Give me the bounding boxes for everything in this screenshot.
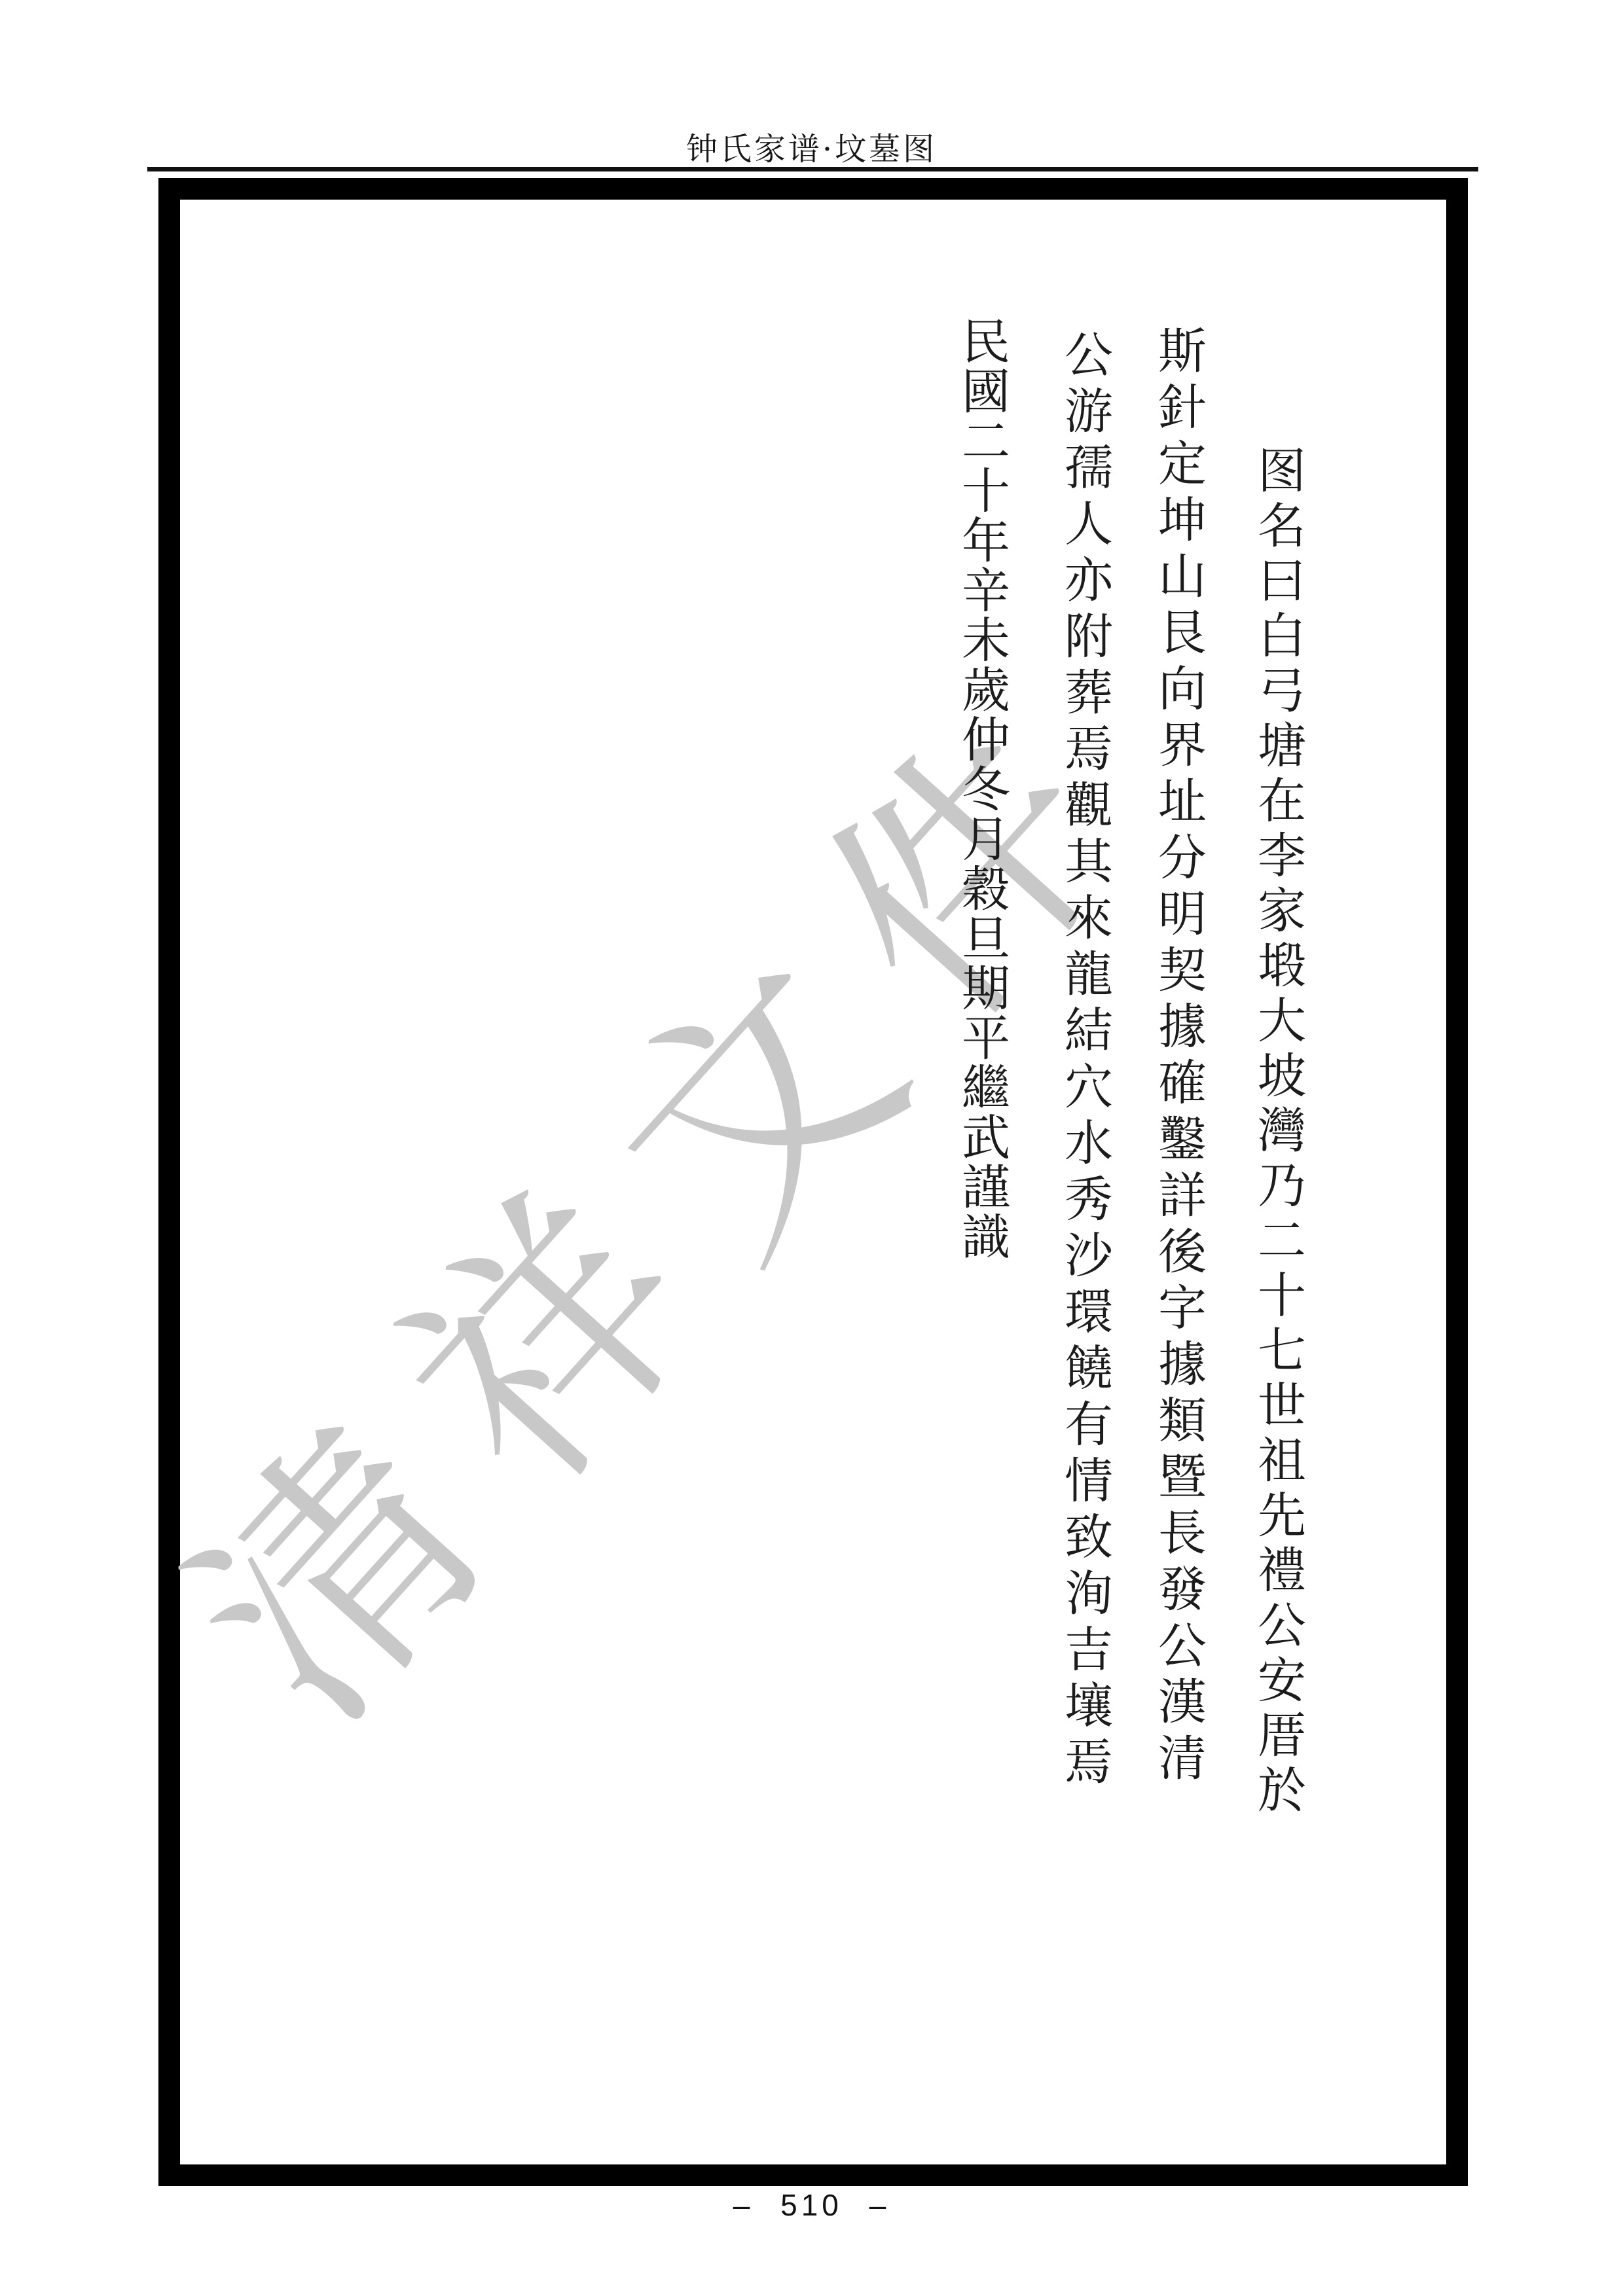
text-column-2: 斯針定坤山艮向界址分明契據確鑿詳後字據類暨長發公漢清 xyxy=(1152,325,1205,1789)
page-header-title: 钟氏家谱·坟墓图 xyxy=(0,132,1623,166)
genealogy-page: 钟氏家谱·坟墓图 清祥文件 图名曰白弓塘在李家塅大坡灣乃二十七世祖先禮公安厝於 … xyxy=(0,0,1623,2296)
text-column-4: 民國二十年辛未歲仲冬月穀旦期平繼武謹識 xyxy=(956,316,1008,1261)
header-rule xyxy=(147,167,1478,171)
page-number: – 510 – xyxy=(0,2189,1623,2221)
text-column-1: 图名曰白弓塘在李家塅大坡灣乃二十七世祖先禮公安厝於 xyxy=(1252,445,1304,1820)
text-column-3: 公游孺人亦附葬焉觀其來龍結穴水秀沙環饒有情致洵吉壤焉 xyxy=(1059,329,1111,1793)
